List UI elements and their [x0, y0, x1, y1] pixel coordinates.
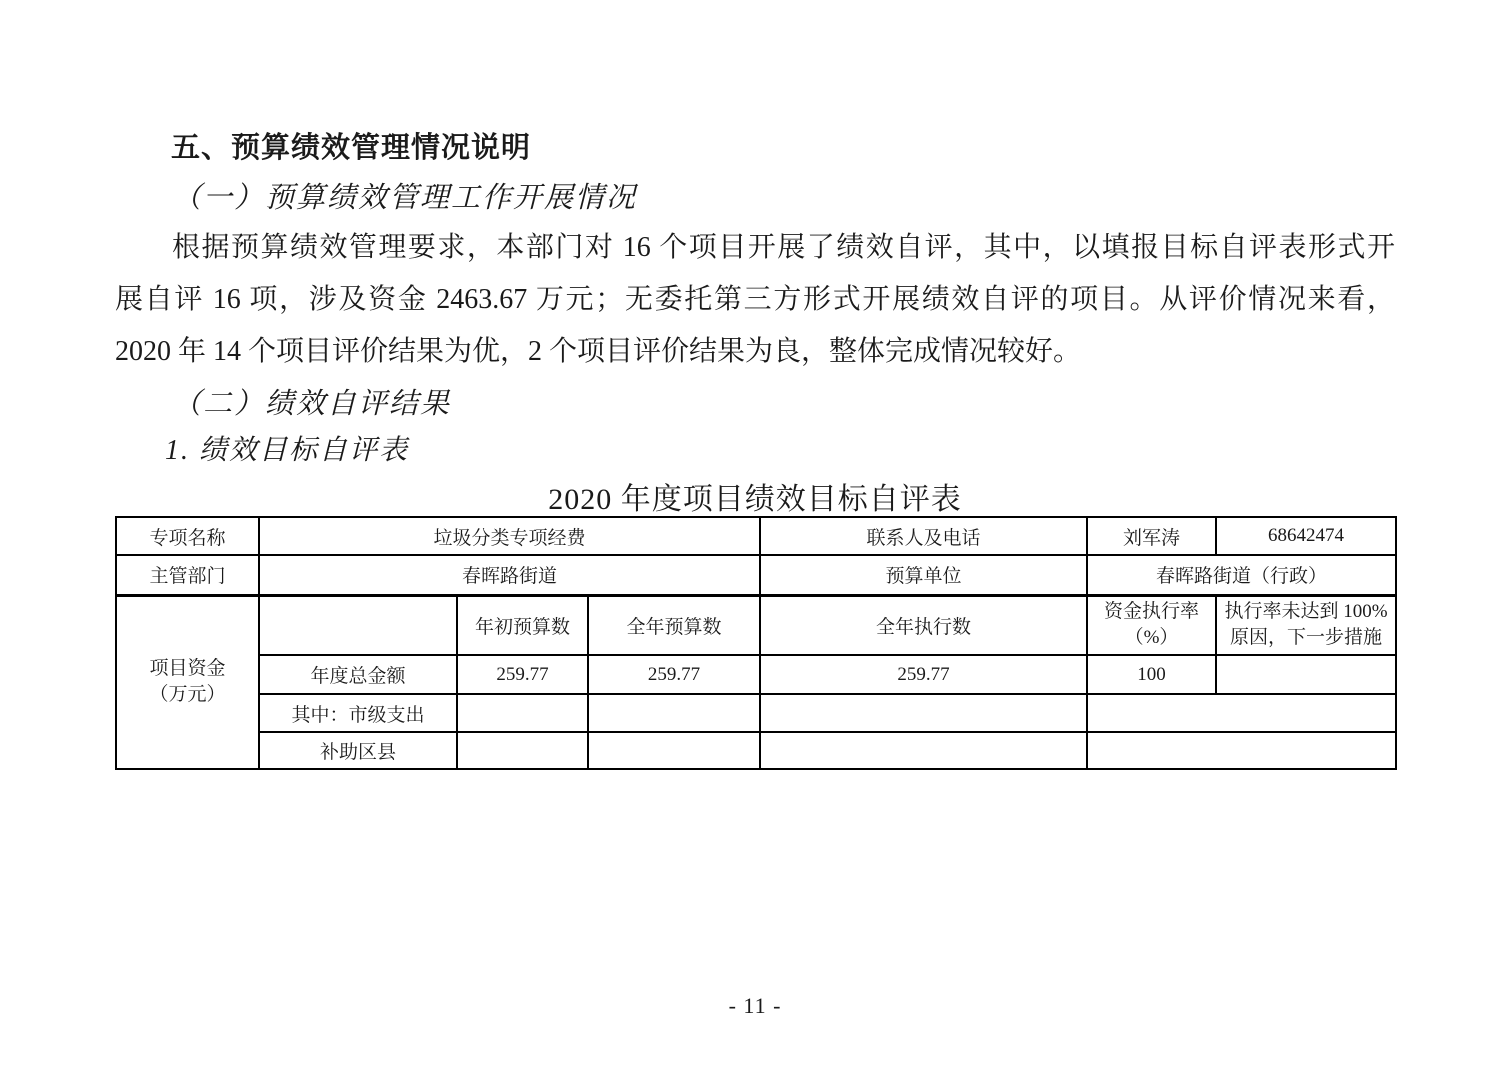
city-expenditure-label: 其中：市级支出 — [259, 694, 457, 732]
col-header-annual-budget: 全年预算数 — [588, 595, 760, 655]
annual-total-initial-budget: 259.77 — [457, 655, 588, 694]
funds-section-label-line2: （万元） — [120, 682, 255, 708]
paragraph-line-2: 展自评 16 项，涉及资金 2463.67 万元；无委托第三方形式开展绩效自评的… — [115, 283, 1395, 317]
section-heading: 五、预算绩效管理情况说明 — [115, 125, 1395, 166]
budget-unit-value: 春晖路街道（行政） — [1087, 555, 1396, 595]
district-subsidy-execution — [760, 732, 1087, 769]
city-expenditure-note — [1087, 694, 1396, 732]
col-header-execution-rate-line1: 资金执行率 — [1091, 599, 1212, 625]
paragraph-line-1: 根据预算绩效管理要求，本部门对 16 个项目开展了绩效自评，其中，以填报目标自评… — [115, 231, 1395, 265]
district-subsidy-label: 补助区县 — [259, 732, 457, 769]
table-row-city-expenditure: 其中：市级支出 — [116, 694, 1396, 732]
col-header-execution-rate: 资金执行率 （%） — [1087, 595, 1216, 655]
annual-total-rate: 100 — [1087, 655, 1216, 694]
page-number: - 11 - — [115, 993, 1395, 1019]
annual-total-label: 年度总金额 — [259, 655, 457, 694]
table-header-row: 项目资金 （万元） 年初预算数 全年预算数 全年执行数 资金执行率 （%） 执行… — [116, 595, 1396, 655]
budget-unit-label: 预算单位 — [760, 555, 1087, 595]
funds-section-label-line1: 项目资金 — [120, 656, 255, 682]
city-expenditure-initial-budget — [457, 694, 588, 732]
dept-value: 春晖路街道 — [259, 555, 760, 595]
col-header-note-line1: 执行率未达到 100% — [1220, 599, 1392, 625]
contact-name-value: 刘军涛 — [1087, 517, 1216, 555]
document-page: 五、预算绩效管理情况说明 （一）预算绩效管理工作开展情况 根据预算绩效管理要求，… — [0, 0, 1509, 1074]
table-title: 2020 年度项目绩效目标自评表 — [115, 474, 1395, 518]
col-header-note-line2: 原因，下一步措施 — [1220, 625, 1392, 651]
district-subsidy-annual-budget — [588, 732, 760, 769]
col-header-annual-execution: 全年执行数 — [760, 595, 1087, 655]
table-row: 专项名称 垃圾分类专项经费 联系人及电话 刘军涛 68642474 — [116, 517, 1396, 555]
city-expenditure-execution — [760, 694, 1087, 732]
table-row-district-subsidy: 补助区县 — [116, 732, 1396, 769]
contact-phone-value: 68642474 — [1216, 517, 1396, 555]
col-header-execution-rate-line2: （%） — [1091, 625, 1212, 651]
district-subsidy-initial-budget — [457, 732, 588, 769]
funds-row-label-header — [259, 595, 457, 655]
subsection-heading-1: （一）预算绩效管理工作开展情况 — [115, 175, 1395, 216]
annual-total-annual-budget: 259.77 — [588, 655, 760, 694]
col-header-initial-budget: 年初预算数 — [457, 595, 588, 655]
paragraph-line-3: 2020 年 14 个项目评价结果为优，2 个项目评价结果为良，整体完成情况较好… — [115, 335, 1395, 369]
city-expenditure-annual-budget — [588, 694, 760, 732]
table-row: 主管部门 春晖路街道 预算单位 春晖路街道（行政） — [116, 555, 1396, 595]
project-name-value: 垃圾分类专项经费 — [259, 517, 760, 555]
dept-label: 主管部门 — [116, 555, 259, 595]
annual-total-note — [1216, 655, 1396, 694]
district-subsidy-note — [1087, 732, 1396, 769]
list-item-heading: 1. 绩效目标自评表 — [115, 428, 1395, 468]
table-row-annual-total: 年度总金额 259.77 259.77 259.77 100 — [116, 655, 1396, 694]
funds-section-label: 项目资金 （万元） — [116, 595, 259, 769]
subsection-heading-2: （二）绩效自评结果 — [115, 381, 1395, 422]
project-name-label: 专项名称 — [116, 517, 259, 555]
contact-label: 联系人及电话 — [760, 517, 1087, 555]
annual-total-execution: 259.77 — [760, 655, 1087, 694]
col-header-note: 执行率未达到 100% 原因，下一步措施 — [1216, 595, 1396, 655]
performance-self-evaluation-table: 专项名称 垃圾分类专项经费 联系人及电话 刘军涛 68642474 主管部门 春… — [115, 516, 1397, 770]
